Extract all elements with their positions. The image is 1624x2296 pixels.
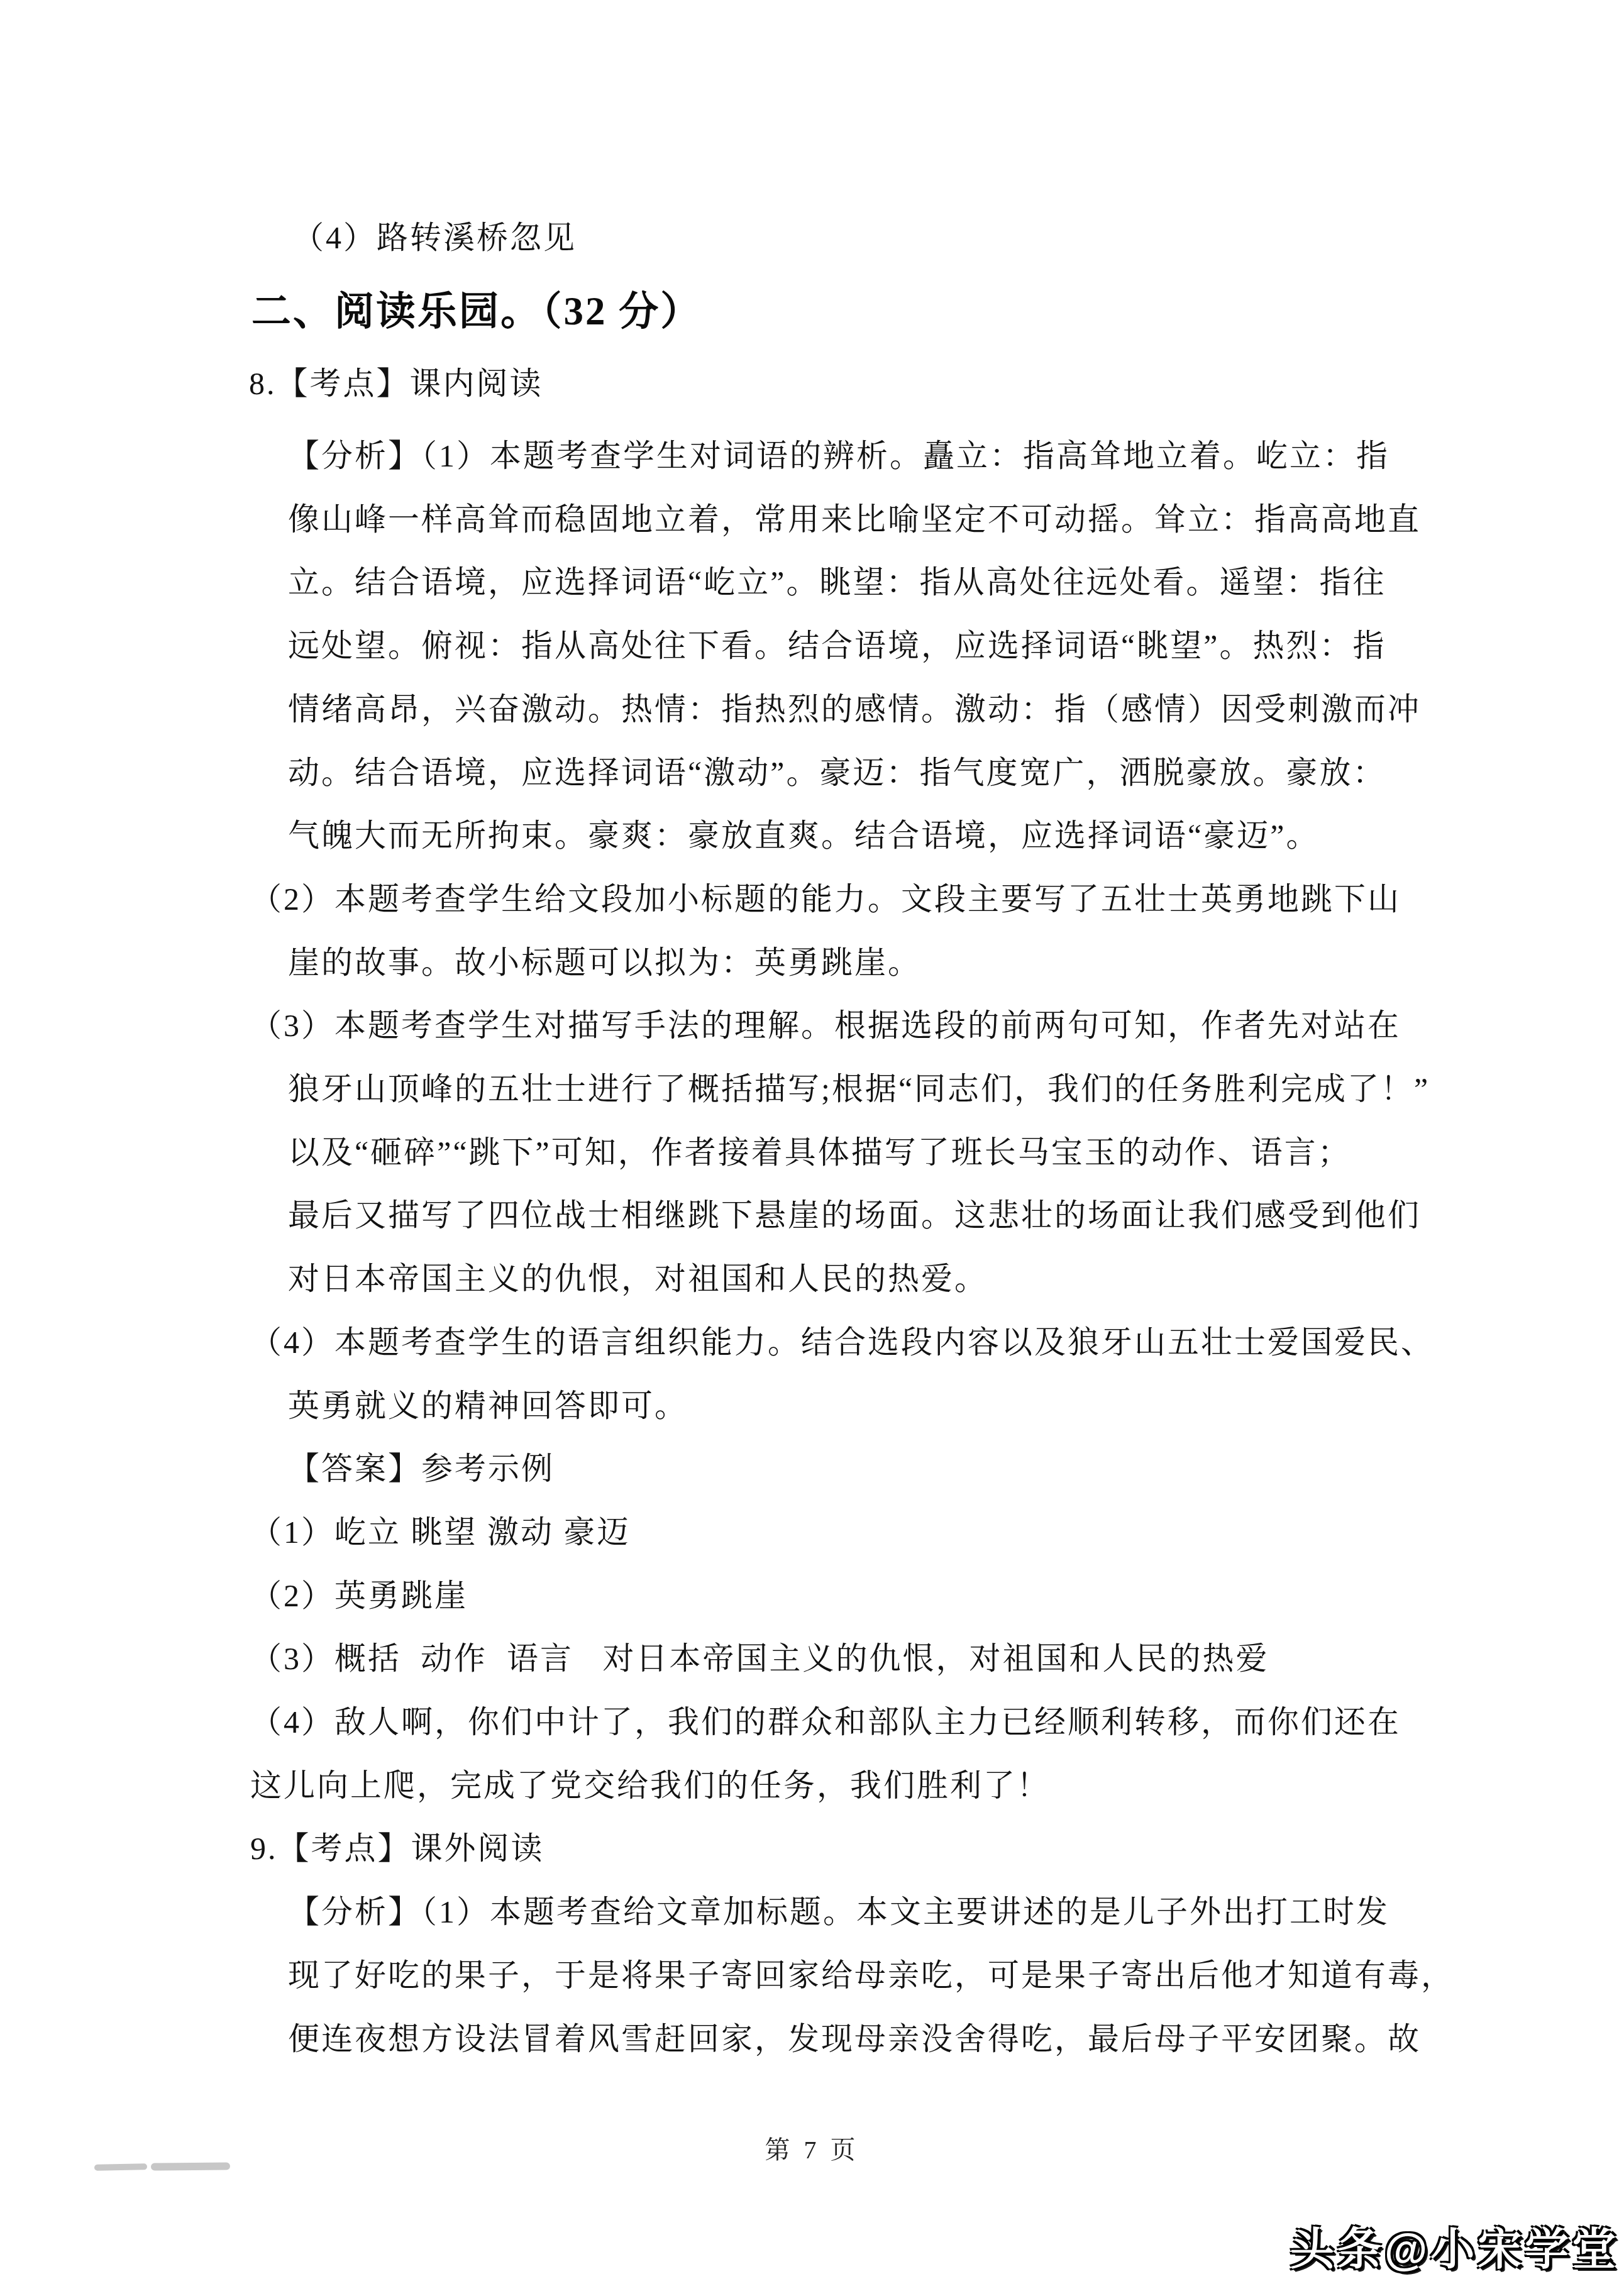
text-line: 立。结合语境，应选择词语“屹立”。眺望：指从高处往远处看。遥望：指往 xyxy=(288,563,1386,601)
text-line: （3）本题考查学生对描写手法的理解。根据选段的前两句可知，作者先对站在 xyxy=(250,1007,1401,1044)
answer-line-4-cont: 这儿向上爬，完成了党交给我们的任务，我们胜利了！ xyxy=(250,1767,1050,1804)
text-line: 像山峰一样高耸而稳固地立着，常用来比喻坚定不可动摇。耸立：指高高地直 xyxy=(288,500,1421,538)
document-page: （4）路转溪桥忽见 二、阅读乐园。（32 分） 8.【考点】课内阅读 【分析】（… xyxy=(0,0,1624,2296)
text-line: 狼牙山顶峰的五壮士进行了概括描写;根据“同志们，我们的任务胜利完成了！” xyxy=(288,1070,1430,1108)
text-line: 对日本帝国主义的仇恨，对祖国和人民的热爱。 xyxy=(288,1260,988,1298)
text-line: （4）本题考查学生的语言组织能力。结合选段内容以及狼牙山五壮士爱国爱民、 xyxy=(250,1323,1434,1361)
text-line: 便连夜想方设法冒着风雪赶回家，发现母亲没舍得吃，最后母子平安团聚。故 xyxy=(288,2020,1421,2058)
text-line: 以及“砸碎”“跳下”可知，作者接着具体描写了班长马宝玉的动作、语言； xyxy=(288,1134,1351,1171)
answer-line-7-4: （4）路转溪桥忽见 xyxy=(292,212,577,258)
text-line: 【分析】（1）本题考查学生对词语的辨析。矗立：指高耸地立着。屹立：指 xyxy=(288,437,1389,475)
text-line: 崖的故事。故小标题可以拟为：英勇跳崖。 xyxy=(288,944,921,981)
question-8-heading: 8.【考点】课内阅读 xyxy=(249,358,543,404)
section-heading: 二、阅读乐园。（32 分） xyxy=(251,279,702,336)
text-line: 动。结合语境，应选择词语“激动”。豪迈：指气度宽广，洒脱豪放。豪放： xyxy=(288,754,1386,792)
answer-line-1: （1）屹立 眺望 激动 豪迈 xyxy=(250,1513,631,1551)
page-footer: 第 7 页 xyxy=(0,2130,1624,2166)
text-line: （2）本题考查学生给文段加小标题的能力。文段主要写了五壮士英勇地跳下山 xyxy=(250,880,1401,918)
text-line: 远处望。俯视：指从高处往下看。结合语境，应选择词语“眺望”。热烈：指 xyxy=(288,627,1386,665)
watermark: 头条@小宋学堂 xyxy=(1290,2214,1619,2278)
text-line: 现了好吃的果子，于是将果子寄回家给母亲吃，可是果子寄出后他才知道有毒， xyxy=(288,1957,1454,1994)
text-line: 【分析】（1）本题考查给文章加标题。本文主要讲述的是儿子外出打工时发 xyxy=(288,1893,1389,1931)
answer-line-2: （2）英勇跳崖 xyxy=(250,1577,468,1614)
answer-line-3: （3）概括 动作 语言 对日本帝国主义的仇恨，对祖国和人民的热爱 xyxy=(250,1640,1269,1677)
text-line: 英勇就义的精神回答即可。 xyxy=(288,1387,688,1425)
text-line: 情绪高昂，兴奋激动。热情：指热烈的感情。激动：指（感情）因受刺激而冲 xyxy=(288,690,1421,728)
question-9-heading: 9.【考点】课外阅读 xyxy=(250,1830,544,1867)
answer-line-4: （4）敌人啊，你们中计了，我们的群众和部队主力已经顺利转移，而你们还在 xyxy=(250,1703,1401,1741)
text-line: 气魄大而无所拘束。豪爽：豪放直爽。结合语境，应选择词语“豪迈”。 xyxy=(288,817,1319,854)
text-line: 最后又描写了四位战士相继跳下悬崖的场面。这悲壮的场面让我们感受到他们 xyxy=(288,1196,1421,1234)
answer-header-line: 【答案】参考示例 xyxy=(288,1450,555,1487)
